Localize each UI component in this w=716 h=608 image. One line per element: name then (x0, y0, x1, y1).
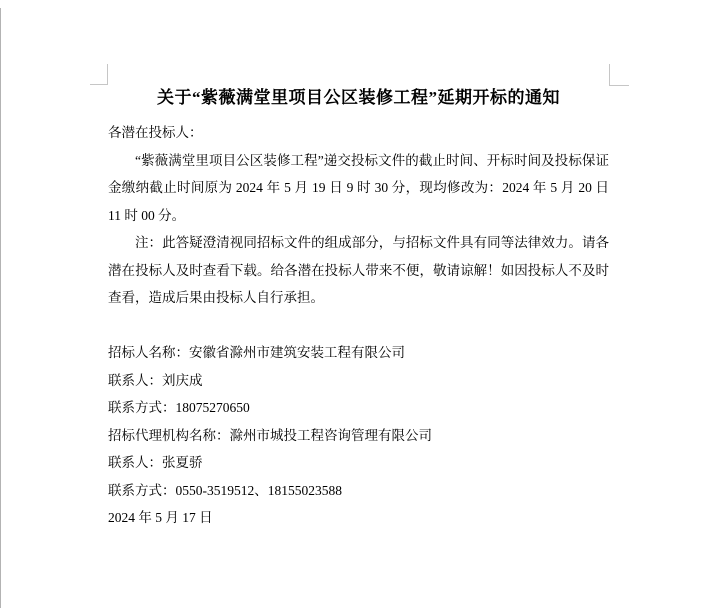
info-line-contact-person-1: 联系人：刘庆成 (108, 367, 609, 395)
document-body: 关于“紫薇满堂里项目公区装修工程”延期开标的通知 各潜在投标人： “紫薇满堂里项… (108, 86, 609, 532)
paragraph-note: 注：此答疑澄清视同招标文件的组成部分，与招标文件具有同等法律效力。请各潜在投标人… (108, 229, 609, 312)
paragraph-deadline-change: “紫薇满堂里项目公区装修工程”递交投标文件的截止时间、开标时间及投标保证金缴纳截… (108, 147, 609, 230)
document-title: 关于“紫薇满堂里项目公区装修工程”延期开标的通知 (108, 86, 609, 110)
info-line-agency-name: 招标代理机构名称：滁州市城投工程咨询管理有限公司 (108, 422, 609, 450)
info-line-contact-phone-2: 联系方式：0550-3519512、18155023588 (108, 477, 609, 505)
page-edge-line (0, 8, 1, 608)
info-line-contact-phone-1: 联系方式：18075270650 (108, 394, 609, 422)
info-line-tenderer-name: 招标人名称：安徽省滁州市建筑安装工程有限公司 (108, 339, 609, 367)
info-line-date: 2024 年 5 月 17 日 (108, 504, 609, 532)
blank-line (108, 312, 609, 340)
document-page: 关于“紫薇满堂里项目公区装修工程”延期开标的通知 各潜在投标人： “紫薇满堂里项… (0, 0, 716, 608)
info-line-contact-person-2: 联系人：张夏骄 (108, 449, 609, 477)
margin-crop-mark-top-left (90, 64, 108, 85)
salutation-line: 各潜在投标人： (108, 119, 609, 147)
margin-crop-mark-top-right (609, 64, 629, 86)
